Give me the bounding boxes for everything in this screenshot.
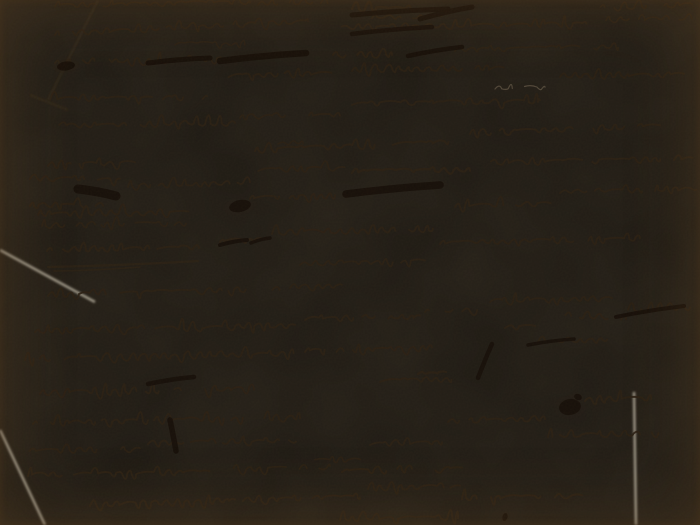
handwriting-canvas	[0, 0, 700, 525]
manuscript-page	[0, 0, 700, 525]
paper-grain-texture	[0, 0, 700, 525]
